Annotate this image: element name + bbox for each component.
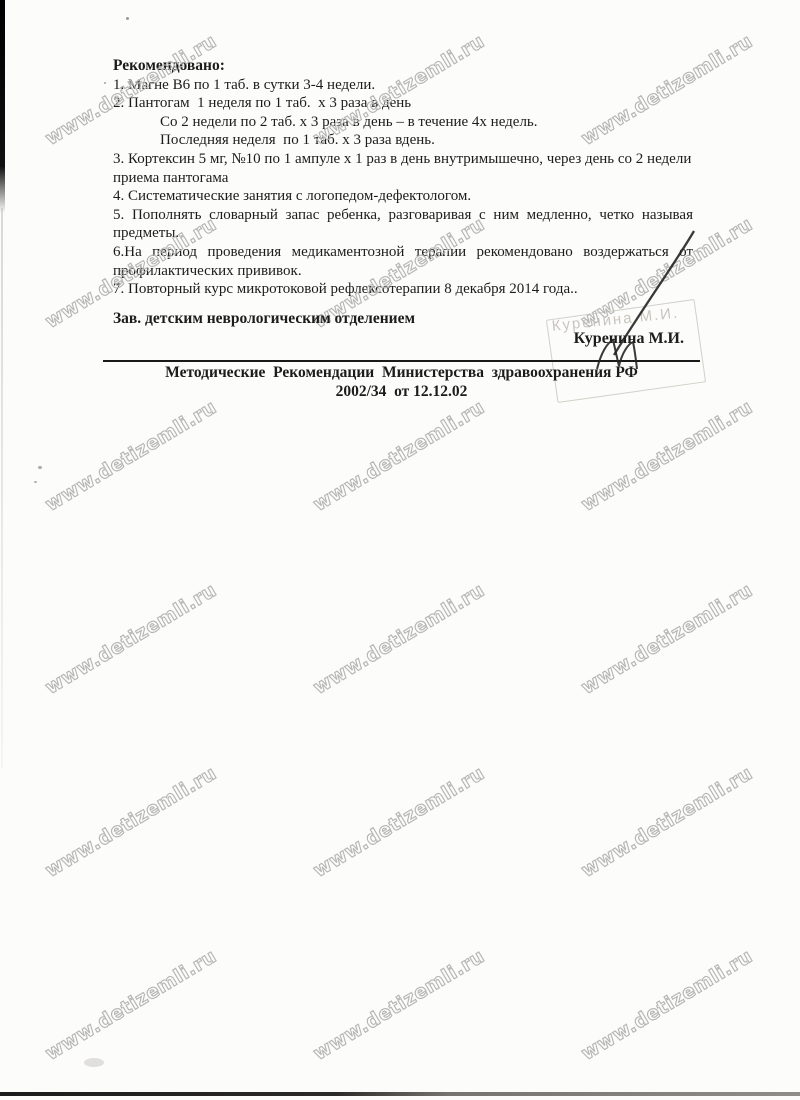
footer-line-2: 2002/34 от 12.12.02 <box>103 383 700 402</box>
watermark-text: www.detizemli.ru <box>41 396 220 516</box>
watermark-text: www.detizemli.ru <box>41 762 220 882</box>
doc-line-1: 1. Магне В6 по 1 таб. в сутки 3-4 недели… <box>113 76 693 95</box>
doc-line-8: 5. Пополнять словарный запас ребенка, ра… <box>113 206 693 225</box>
doc-line-6: приема пантогама <box>113 169 693 188</box>
watermark-text: www.detizemli.ru <box>309 945 488 1065</box>
watermark-text: www.detizemli.ru <box>577 762 756 882</box>
watermark-text: www.detizemli.ru <box>309 762 488 882</box>
watermark-text: www.detizemli.ru <box>577 945 756 1065</box>
scan-speck <box>34 481 37 483</box>
signoff-name: Куренина М.И. <box>400 330 684 348</box>
doc-line-5: 3. Кортексин 5 мг, №10 по 1 ампуле х 1 р… <box>113 150 693 169</box>
doc-line-11: профилактических прививок. <box>113 262 693 281</box>
scan-edge-bottom <box>0 1092 800 1096</box>
scan-edge-left-faint <box>1 208 3 768</box>
watermark-text: www.detizemli.ru <box>309 579 488 699</box>
footer: Методические Рекомендации Министерства з… <box>103 364 700 401</box>
scanned-document-page: www.detizemli.ru www.detizemli.ru www.de… <box>0 0 800 1100</box>
doc-line-4: Последняя неделя по 1 таб. х 3 раза вден… <box>113 131 693 150</box>
watermark-text: www.detizemli.ru <box>41 579 220 699</box>
doc-line-7: 4. Систематические занятия с логопедом-д… <box>113 187 693 206</box>
doc-line-12: 7. Повторный курс микротоковой рефлексот… <box>113 280 693 299</box>
doc-line-2: 2. Пантогам 1 неделя по 1 таб. х 3 раза … <box>113 94 693 113</box>
watermark-text: www.detizemli.ru <box>577 396 756 516</box>
signoff-title: Зав. детским неврологическим отделением <box>113 310 415 328</box>
scan-smudge <box>84 1058 104 1067</box>
scan-speck <box>126 17 129 20</box>
scan-speck <box>104 82 106 84</box>
scan-speck <box>38 466 42 469</box>
footer-line-1: Методические Рекомендации Министерства з… <box>103 364 700 383</box>
watermark-text: www.detizemli.ru <box>309 396 488 516</box>
watermark-text: www.detizemli.ru <box>41 945 220 1065</box>
doc-line-3: Со 2 недели по 2 таб. х 3 раза в день – … <box>113 113 693 132</box>
scan-edge-left <box>0 0 5 213</box>
watermark-text: www.detizemli.ru <box>577 579 756 699</box>
separator-line <box>103 360 700 362</box>
doc-line-10: 6.На период проведения медикаментозной т… <box>113 243 693 262</box>
doc-body: Рекомендовано: 1. Магне В6 по 1 таб. в с… <box>113 57 693 299</box>
doc-heading: Рекомендовано: <box>113 57 693 76</box>
doc-line-9: предметы. <box>113 224 693 243</box>
